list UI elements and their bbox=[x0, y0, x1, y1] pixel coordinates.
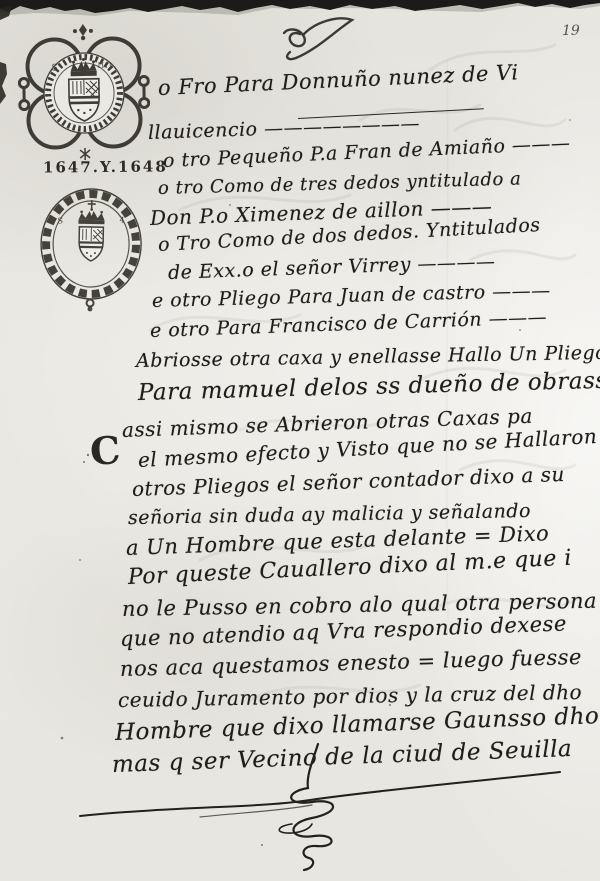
years-label: 1647.Y.1648 bbox=[43, 157, 168, 176]
closing-rule bbox=[80, 772, 560, 817]
torn-edge-shadow bbox=[0, 0, 600, 16]
top-flourish bbox=[284, 18, 352, 59]
manuscript-page: S IIII 1647.Y.1648 bbox=[0, 0, 600, 881]
edge-blot bbox=[0, 62, 7, 104]
seal-top-ornament bbox=[73, 24, 93, 41]
seal-bottom-right-mark: 4 bbox=[119, 215, 124, 224]
manuscript-line: o Fro Para Donnuño nunez de Vi bbox=[157, 60, 519, 100]
seal-top: S IIII bbox=[17, 21, 151, 161]
page-number: 19 bbox=[562, 23, 580, 39]
manuscript-line: Abriosse otra caxa y enellasse Hallo Un … bbox=[136, 342, 600, 372]
manuscript-line: llauicencio ———————— bbox=[148, 113, 421, 144]
manuscript-line: Para mamuel delos ss dueño de obrasse bbox=[138, 367, 600, 406]
coat-of-arms-icon bbox=[79, 227, 104, 261]
seal-bottom: S 4 bbox=[35, 185, 147, 313]
manuscript-line: de Exx.o el señor Virrey ———— bbox=[168, 251, 496, 284]
seal-bottom-left-mark: S bbox=[57, 216, 63, 225]
margin-mark: C bbox=[88, 427, 121, 474]
seal-top-left-mark: S bbox=[52, 63, 58, 73]
manuscript-line: nos aca questamos enesto = luego fuesse bbox=[120, 645, 583, 681]
seal-top-right-mark: IIII bbox=[97, 61, 112, 69]
manuscript-line: e otro Para Francisco de Carrión ——— bbox=[150, 306, 548, 342]
crown-icon bbox=[78, 208, 104, 224]
corner-tear bbox=[0, 6, 12, 20]
seal-bottom-pendant bbox=[86, 299, 93, 310]
torn-edge bbox=[0, 0, 600, 13]
